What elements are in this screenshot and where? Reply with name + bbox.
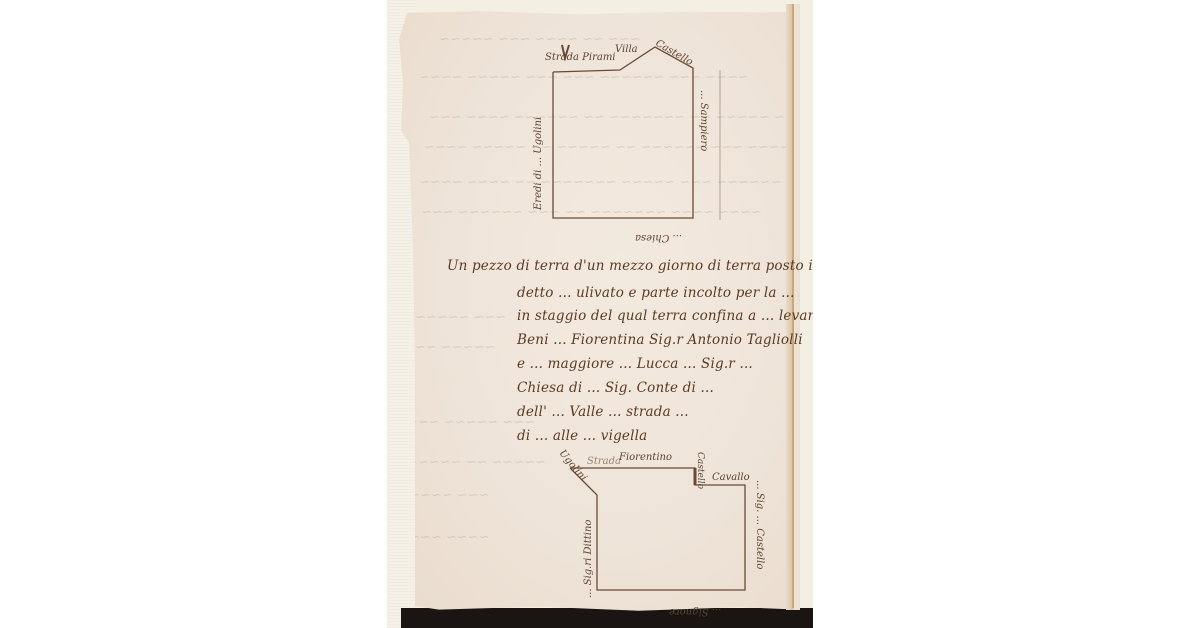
paragraph-line: Chiesa di ... Sig. Conte di ... xyxy=(517,380,714,396)
bottom-plan-label-top-right: Cavallo xyxy=(712,472,750,483)
top-plan-label-bottom: ... Chiesa xyxy=(635,232,682,243)
bottom-plan-label-bottom: ... Signore xyxy=(669,606,721,617)
paragraph-line: Un pezzo di terra d'un mezzo giorno di t… xyxy=(447,258,813,274)
document-viewer: ~~~ ~~ ~~~~ ~~~ ~~~~~ ~~~~ ~~~ ~~~~~~ ~~… xyxy=(387,0,813,628)
top-plan-label-left: Eredi di ... Ugolini xyxy=(533,117,544,210)
bottom-plan-label-top-left: Strada xyxy=(587,456,621,467)
paragraph-line: Beni ... Fiorentina Sig.r Antonio Taglio… xyxy=(517,332,803,348)
bottom-plan-label-above: Fiorentino xyxy=(619,452,672,463)
paragraph-line: di ... alle ... vigella xyxy=(517,428,647,444)
paragraph-line: dell' ... Valle ... strada ... xyxy=(517,404,689,420)
bottom-plan-label-top-notch: Castello xyxy=(695,452,705,489)
top-plan-label-top-left: Strada Pirami xyxy=(545,52,616,63)
top-plan-label-right: ... Sampiero xyxy=(698,90,709,151)
top-plan-label-top-middle: Villa xyxy=(615,44,638,55)
bottom-plan-outline xyxy=(570,468,745,590)
paragraph-line: detto ... ulivato e parte incolto per la… xyxy=(517,285,795,301)
paragraph-line: e ... maggiore ... Lucca ... Sig.r ... xyxy=(517,356,753,372)
bottom-plan-label-left: ... Sig.ri Dittino xyxy=(583,520,594,598)
bottom-plan-label-right: ... Sig. ... Castello xyxy=(754,480,765,569)
top-plan-outline xyxy=(553,45,720,220)
paragraph-line: in staggio del qual terra confina a ... … xyxy=(517,308,813,324)
